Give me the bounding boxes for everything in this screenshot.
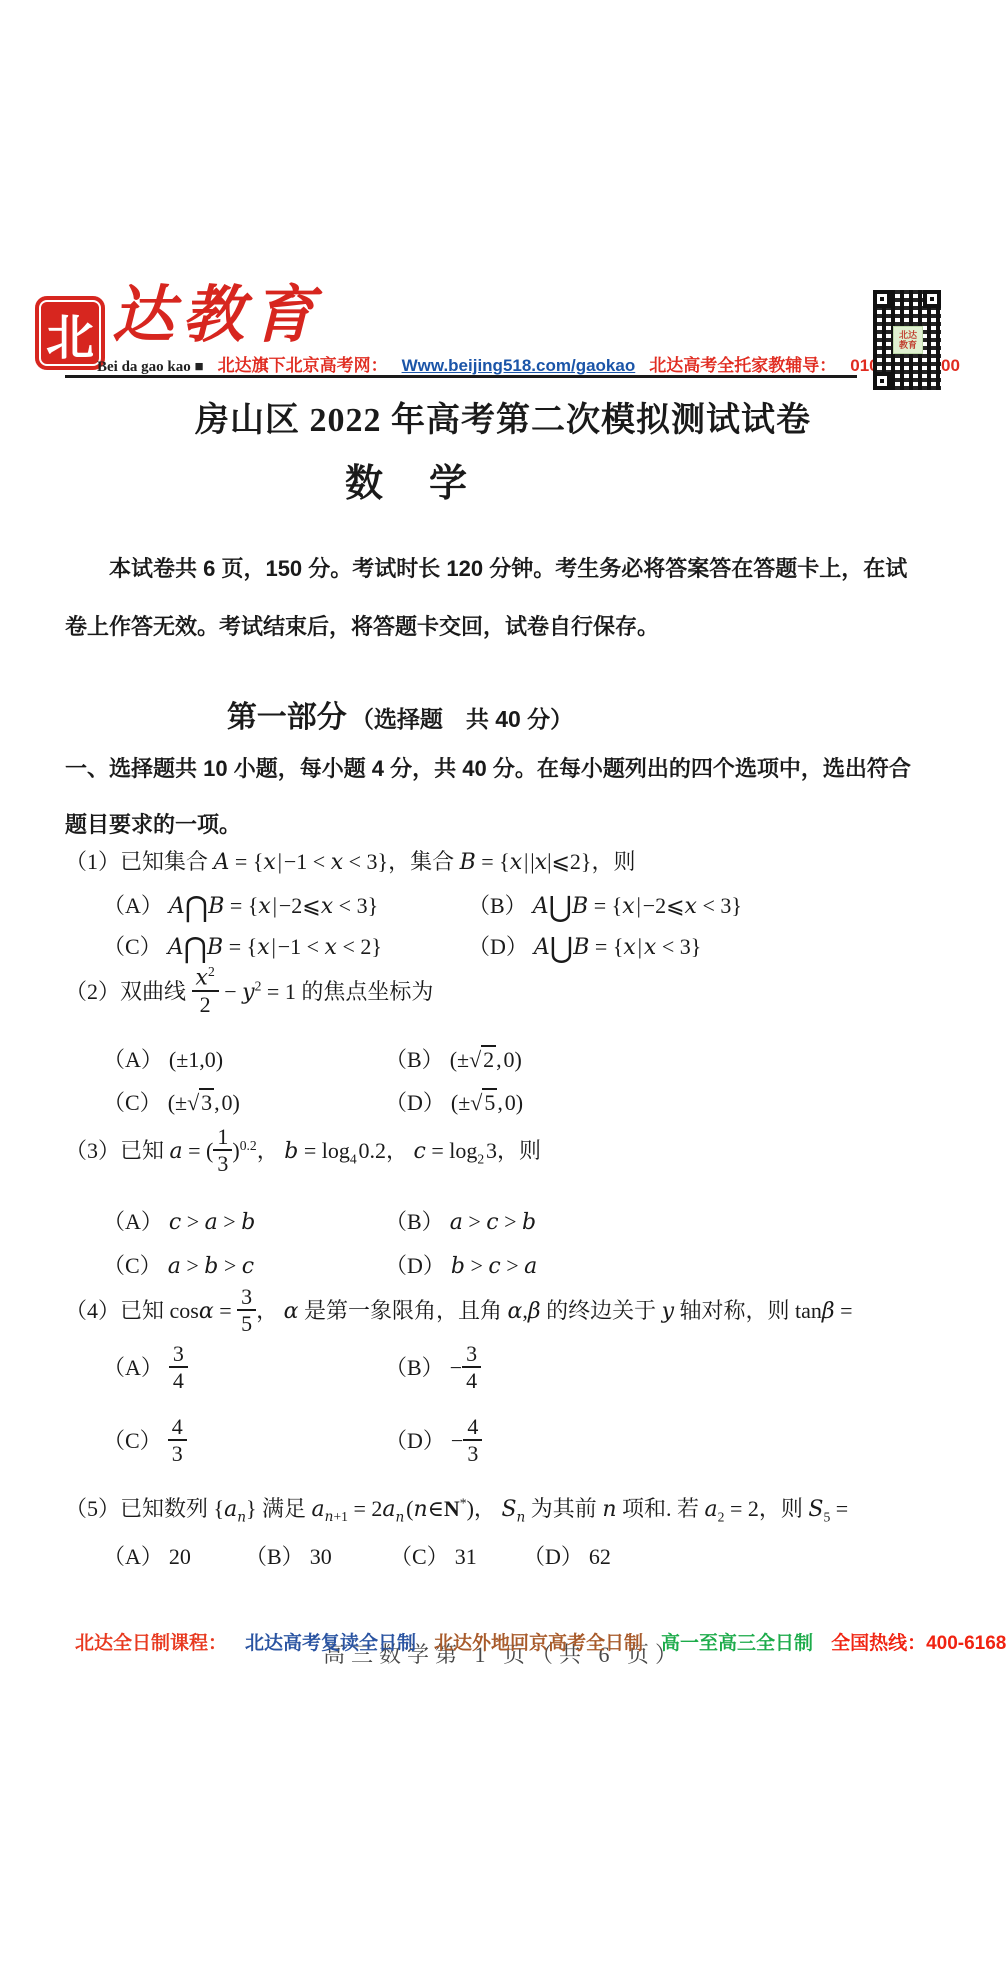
option-body: 43 xyxy=(168,1428,187,1453)
option-label: （D） xyxy=(468,934,528,959)
footer-promo-line: 北达全日制课程： 北达高考复读全日制 北达外地回京高考全日制 高一至高三全日制 … xyxy=(75,1628,975,1655)
option-label: （C） xyxy=(103,1090,162,1115)
option-label: （D） xyxy=(385,1090,445,1115)
question-1-option-c: （C）A⋂B = {x | −1 < x < 2} xyxy=(103,930,382,965)
option-body: 20 xyxy=(169,1544,191,1569)
intro-paragraph-line2: 卷上作答无效。考试结束后，将答题卡交回，试卷自行保存。 xyxy=(65,610,945,641)
question-2-option-c: （C）(±√3, 0) xyxy=(103,1086,240,1117)
option-label: （C） xyxy=(390,1544,449,1569)
option-body: a > c > b xyxy=(450,1209,536,1234)
qr-finder-icon xyxy=(923,290,941,308)
question-1-option-a: （A）A⋂B = {x | −2⩽x < 3} xyxy=(103,889,378,924)
promo-segment: 高一至高三全日制 xyxy=(661,1628,813,1655)
option-body: c > a > b xyxy=(169,1209,255,1234)
brand-seal-logo: 北 xyxy=(35,296,105,370)
option-label: （A） xyxy=(103,1209,163,1234)
qr-label-line1: 北达 xyxy=(899,330,917,340)
question-2-option-a: （A）(±1,0) xyxy=(103,1043,223,1074)
brand-calligraphy: 达教育 xyxy=(112,284,322,346)
header-info-row: Bei da gao kao ■ 北达旗下北京高考网： Www.beijing5… xyxy=(97,351,960,376)
question-4-option-d: （D）−43 xyxy=(385,1418,482,1468)
tutor-label: 北达高考全托家教辅导： xyxy=(649,351,836,376)
section-instructions-line2: 题目要求的一项。 xyxy=(65,808,950,839)
intro-paragraph-line1: 本试卷共 6 页，150 分。考试时长 120 分钟。考生务必将答案答在答题卡上… xyxy=(65,552,945,583)
option-body: (±√2, 0) xyxy=(450,1045,522,1072)
option-body: A⋃B = {x | −2⩽x < 3} xyxy=(533,893,742,918)
option-label: （D） xyxy=(385,1253,445,1278)
seal-character: 北 xyxy=(46,299,94,368)
qr-center-label: 北达 教育 xyxy=(893,326,923,354)
option-label: （B） xyxy=(385,1209,444,1234)
option-label: （A） xyxy=(103,1355,163,1380)
section-instructions-line1: 一、选择题共 10 小题，每小题 4 分，共 40 分。在每小题列出的四个选项中… xyxy=(65,752,950,783)
exam-paper-page: 北 达教育 Bei da gao kao ■ 北达旗下北京高考网： Www.be… xyxy=(0,0,1006,1984)
option-label: （A） xyxy=(103,893,163,918)
option-label: （A） xyxy=(103,1047,163,1072)
question-1-option-b: （B）A⋃B = {x | −2⩽x < 3} xyxy=(468,889,742,924)
question-1-stem: （1）已知集合 A = {x | −1 < x < 3}，集合 B = {x |… xyxy=(65,845,635,876)
option-body: −43 xyxy=(451,1428,482,1453)
question-4-option-a: （A）34 xyxy=(103,1345,188,1395)
part1-heading-main: 第一部分 xyxy=(227,701,347,734)
qr-code: 北达 教育 xyxy=(873,290,941,390)
question-5-option-c: （C）31 xyxy=(390,1540,477,1571)
question-5-stem: （5）已知数列 {an} 满足 an+1 = 2an (n∈N*)， Sn 为其… xyxy=(65,1492,848,1525)
question-4-option-b: （B）−34 xyxy=(385,1345,481,1395)
question-4-stem: （4）已知 cosα = 35， α 是第一象限角，且角 α,β 的终边关于 y… xyxy=(65,1288,853,1338)
part1-heading-sub: （选择题 共 40 分） xyxy=(351,706,573,732)
qr-finder-icon xyxy=(873,290,891,308)
header-divider-line xyxy=(65,375,857,378)
question-3-option-d: （D）b > c > a xyxy=(385,1249,537,1280)
question-3-stem: （3）已知 a = (13)0.2， b = log4 0.2， c = log… xyxy=(65,1128,541,1178)
site-link[interactable]: Www.beijing518.com/gaokao xyxy=(402,356,636,376)
promo-segment: 北达外地回京高考全日制 xyxy=(434,1628,643,1655)
option-body: (±1,0) xyxy=(169,1047,223,1072)
option-label: （D） xyxy=(385,1428,445,1453)
option-body: (±√3, 0) xyxy=(168,1088,240,1115)
option-label: （A） xyxy=(103,1544,163,1569)
promo-segment: 北达高考复读全日制 xyxy=(245,1628,416,1655)
option-body: 34 xyxy=(169,1355,188,1380)
question-1-option-d: （D）A⋃B = {x | x < 3} xyxy=(468,930,701,965)
option-body: A⋂B = {x | −1 < x < 2} xyxy=(168,934,382,959)
option-body: (±√5, 0) xyxy=(451,1088,523,1115)
qr-label-line2: 教育 xyxy=(899,340,917,350)
part1-heading: 第一部分 （选择题 共 40 分） xyxy=(0,692,800,736)
question-5-option-d: （D）62 xyxy=(523,1540,611,1571)
option-label: （B） xyxy=(385,1047,444,1072)
option-label: （C） xyxy=(103,934,162,959)
question-3-option-a: （A）c > a > b xyxy=(103,1205,255,1236)
question-2-stem: （2）双曲线 x22 − y2 = 1 的焦点坐标为 xyxy=(65,968,433,1020)
question-2-option-b: （B）(±√2, 0) xyxy=(385,1043,522,1074)
option-label: （B） xyxy=(385,1355,444,1380)
question-3-option-c: （C）a > b > c xyxy=(103,1249,254,1280)
question-5-option-b: （B）30 xyxy=(245,1540,332,1571)
option-body: 30 xyxy=(310,1544,332,1569)
question-5-option-a: （A）20 xyxy=(103,1540,191,1571)
option-label: （B） xyxy=(468,893,527,918)
subject-title: 数 学 xyxy=(300,452,516,507)
site-label: 北达旗下北京高考网： xyxy=(218,351,388,376)
option-body: A⋂B = {x | −2⩽x < 3} xyxy=(169,893,378,918)
option-body: 62 xyxy=(589,1544,611,1569)
option-body: 31 xyxy=(455,1544,477,1569)
promo-segment: 全国热线：400-6168-182 xyxy=(831,1628,1006,1655)
option-body: −34 xyxy=(450,1355,481,1380)
page-title: 房山区 2022 年高考第二次模拟测试试卷 xyxy=(0,392,1006,441)
option-label: （D） xyxy=(523,1544,583,1569)
option-body: b > c > a xyxy=(451,1253,537,1278)
question-4-option-c: （C）43 xyxy=(103,1418,187,1468)
question-3-option-b: （B）a > c > b xyxy=(385,1205,536,1236)
promo-segment: 北达全日制课程： xyxy=(75,1628,227,1655)
question-2-option-d: （D）(±√5, 0) xyxy=(385,1086,523,1117)
brand-pinyin-label: Bei da gao kao ■ xyxy=(97,359,204,376)
option-label: （C） xyxy=(103,1428,162,1453)
option-body: a > b > c xyxy=(168,1253,254,1278)
option-label: （C） xyxy=(103,1253,162,1278)
option-body: A⋃B = {x | x < 3} xyxy=(534,934,701,959)
qr-finder-icon xyxy=(873,372,891,390)
option-label: （B） xyxy=(245,1544,304,1569)
